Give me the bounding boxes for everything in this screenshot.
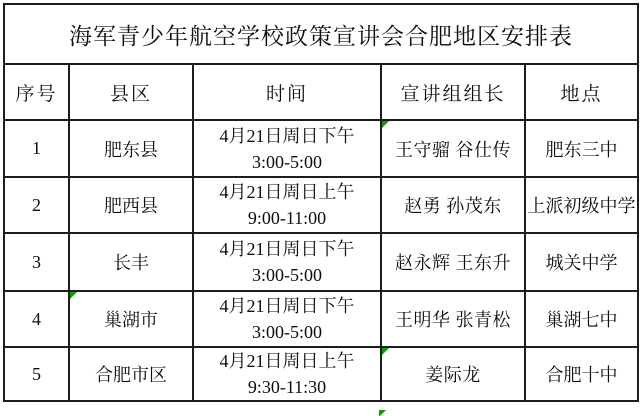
cell-leader: 王守骝 谷仕传	[381, 120, 525, 177]
schedule-page: 海军青少年航空学校政策宣讲会合肥地区安排表 序号 县区 时间 宣讲组组长 地点 …	[0, 0, 640, 416]
time-range: 9:30-11:30	[194, 374, 380, 400]
cell-place: 上派初级中学	[525, 177, 638, 233]
cell-error-indicator-icon	[382, 348, 389, 355]
table-row: 4 巢湖市 4月21日周日下午 3:00-5:00 王明华 张青松 巢湖七中	[4, 291, 638, 347]
time-range: 3:00-5:00	[194, 319, 380, 345]
cell-time: 4月21日周日下午 3:00-5:00	[193, 291, 381, 347]
title-row: 海军青少年航空学校政策宣讲会合肥地区安排表	[4, 4, 638, 64]
time-date: 4月21日周日上午	[194, 179, 380, 205]
leader-names: 姜际龙	[425, 365, 481, 385]
cell-place: 肥东三中	[525, 120, 638, 177]
table-row: 3 长丰 4月21日周日下午 3:00-5:00 赵永辉 王东升 城关中学	[4, 233, 638, 291]
cell-leader: 赵勇 孙茂东	[381, 177, 525, 233]
cell-num: 3	[4, 233, 69, 291]
cell-place: 城关中学	[525, 233, 638, 291]
time-date: 4月21日周日上午	[194, 348, 380, 374]
header-place: 地点	[525, 64, 638, 120]
partial-row-error-indicator-icon	[379, 410, 386, 416]
header-leader: 宣讲组组长	[381, 64, 525, 120]
cell-leader: 姜际龙	[381, 347, 525, 401]
cell-time: 4月21日周日下午 3:00-5:00	[193, 233, 381, 291]
cell-place: 巢湖七中	[525, 291, 638, 347]
county-name: 巢湖市	[104, 310, 158, 330]
time-date: 4月21日周日下午	[194, 293, 380, 319]
time-range: 3:00-5:00	[194, 149, 380, 175]
table-row: 1 肥东县 4月21日周日下午 3:00-5:00 王守骝 谷仕传 肥东三中	[4, 120, 638, 177]
schedule-table: 海军青少年航空学校政策宣讲会合肥地区安排表 序号 县区 时间 宣讲组组长 地点 …	[3, 3, 639, 402]
table-row: 5 合肥市区 4月21日周日上午 9:30-11:30 姜际龙 合肥十中	[4, 347, 638, 401]
cell-num: 5	[4, 347, 69, 401]
page-title: 海军青少年航空学校政策宣讲会合肥地区安排表	[4, 4, 638, 64]
header-row: 序号 县区 时间 宣讲组组长 地点	[4, 64, 638, 120]
cell-error-indicator-icon	[382, 121, 389, 128]
cell-place: 合肥十中	[525, 347, 638, 401]
cell-county: 肥东县	[69, 120, 193, 177]
cell-time: 4月21日周日上午 9:30-11:30	[193, 347, 381, 401]
header-county: 县区	[69, 64, 193, 120]
cell-county: 巢湖市	[69, 291, 193, 347]
header-num: 序号	[4, 64, 69, 120]
cell-county: 长丰	[69, 233, 193, 291]
cell-time: 4月21日周日下午 3:00-5:00	[193, 120, 381, 177]
cell-error-indicator-icon	[70, 292, 77, 299]
cell-county: 肥西县	[69, 177, 193, 233]
cell-num: 1	[4, 120, 69, 177]
cell-num: 4	[4, 291, 69, 347]
cell-num: 2	[4, 177, 69, 233]
leader-names: 王守骝 谷仕传	[395, 140, 511, 160]
cell-leader: 赵永辉 王东升	[381, 233, 525, 291]
header-time: 时间	[193, 64, 381, 120]
cell-time: 4月21日周日上午 9:00-11:00	[193, 177, 381, 233]
time-date: 4月21日周日下午	[194, 236, 380, 262]
table-row: 2 肥西县 4月21日周日上午 9:00-11:00 赵勇 孙茂东 上派初级中学	[4, 177, 638, 233]
cell-county: 合肥市区	[69, 347, 193, 401]
time-date: 4月21日周日下午	[194, 123, 380, 149]
time-range: 9:00-11:00	[194, 205, 380, 231]
time-range: 3:00-5:00	[194, 262, 380, 288]
cell-leader: 王明华 张青松	[381, 291, 525, 347]
